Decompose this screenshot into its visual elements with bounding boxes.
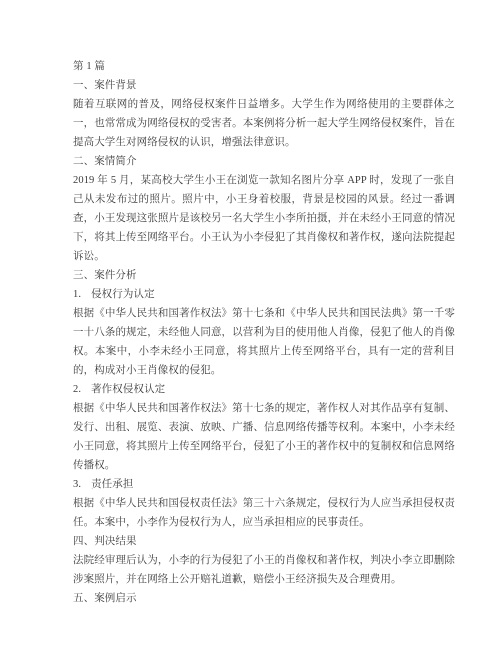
- subsection-heading-2: 2.著作权侵权认定: [73, 380, 455, 399]
- paragraph-background: 随着互联网的普及，网络侵权案件日益增多。大学生作为网络使用的主要群体之一，也常常…: [73, 95, 455, 152]
- subsection-heading-3: 3.责任承担: [73, 475, 455, 494]
- paragraph-analysis-2: 根据《中华人民共和国著作权法》第十七条的规定，著作权人对其作品享有复制、发行、出…: [73, 399, 455, 475]
- subsection-number-2: 2.: [73, 380, 81, 399]
- section-heading-summary: 二、案情简介: [73, 152, 455, 171]
- subsection-number-1: 1.: [73, 285, 81, 304]
- section-heading-lessons: 五、案例启示: [73, 589, 455, 608]
- document-page: 第 1 篇 一、案件背景 随着互联网的普及，网络侵权案件日益增多。大学生作为网络…: [0, 0, 502, 649]
- paragraph-analysis-1: 根据《中华人民共和国著作权法》第十七条和《中华人民共和国民法典》第一千零一十八条…: [73, 304, 455, 380]
- subsection-title-1: 侵权行为认定: [91, 289, 155, 300]
- section-heading-verdict: 四、判决结果: [73, 532, 455, 551]
- subsection-number-3: 3.: [73, 475, 81, 494]
- paragraph-verdict: 法院经审理后认为，小李的行为侵犯了小王的肖像权和著作权，判决小李立即删除涉案照片…: [73, 551, 455, 589]
- document-title: 第 1 篇: [73, 57, 455, 76]
- subsection-heading-1: 1.侵权行为认定: [73, 285, 455, 304]
- subsection-title-3: 责任承担: [91, 479, 133, 490]
- subsection-title-2: 著作权侵权认定: [91, 384, 165, 395]
- section-heading-analysis: 三、案件分析: [73, 266, 455, 285]
- paragraph-summary: 2019 年 5 月，某高校大学生小王在浏览一款知名图片分享 APP 时，发现了…: [73, 171, 455, 266]
- section-heading-background: 一、案件背景: [73, 76, 455, 95]
- paragraph-analysis-3: 根据《中华人民共和国侵权责任法》第三十六条规定，侵权行为人应当承担侵权责任。本案…: [73, 494, 455, 532]
